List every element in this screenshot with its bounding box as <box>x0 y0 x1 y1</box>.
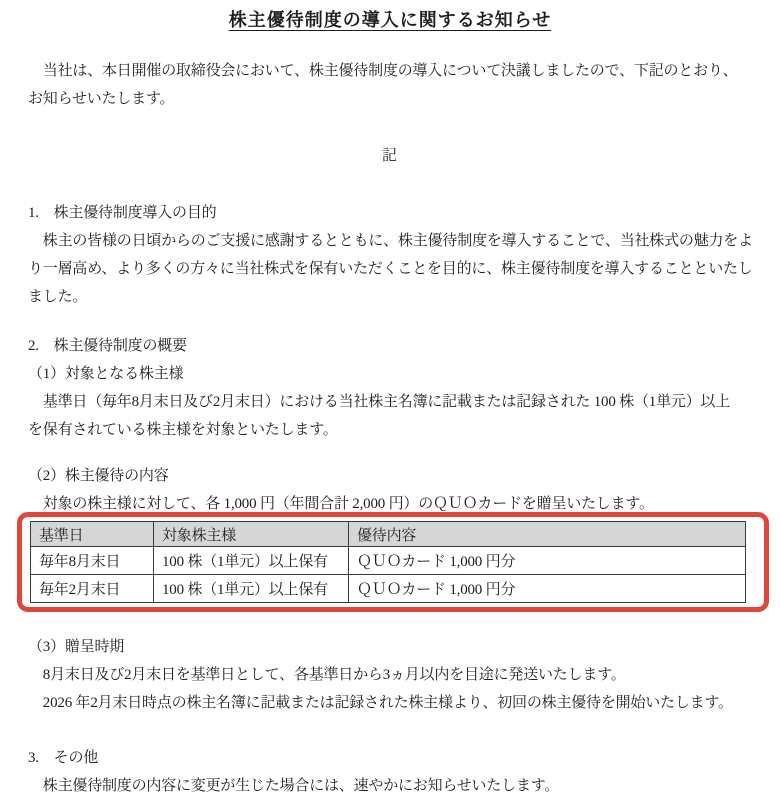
text-line: を保有されている株主様を対象といたします。 <box>28 416 752 444</box>
table-row: 毎年2月末日 100 株（1単元）以上保有 ＱＵＯカード 1,000 円分 <box>31 575 746 603</box>
record-mark: 記 <box>28 142 752 170</box>
subsection-benefit-detail: （2）株主優待の内容 対象の株主様に対して、各 1,000 円（年間合計 2,0… <box>28 462 752 518</box>
text-line: 8月末日及び2月末日を基準日として、各基準日から3ヵ月以内を目途に発送いたします… <box>28 661 752 689</box>
col-header-record-date: 基準日 <box>31 522 154 547</box>
subsection-1-heading: （1）対象となる株主様 <box>28 360 752 388</box>
subsection-delivery-timing: （3）贈呈時期 8月末日及び2月末日を基準日として、各基準日から3ヵ月以内を目途… <box>28 633 752 717</box>
subsection-2-heading: （2）株主優待の内容 <box>28 462 752 490</box>
section-other: 3. その他 株主優待制度の内容に変更が生じた場合には、速やかにお知らせいたしま… <box>28 744 752 797</box>
cell-eligible-shareholders: 100 株（1単元）以上保有 <box>154 547 349 575</box>
cell-record-date: 毎年8月末日 <box>31 547 154 575</box>
section-1-heading: 1. 株主優待制度導入の目的 <box>28 199 752 227</box>
cell-benefit-content: ＱＵＯカード 1,000 円分 <box>349 575 746 603</box>
text-line: お知らせいたします。 <box>28 85 752 113</box>
cell-benefit-content: ＱＵＯカード 1,000 円分 <box>349 547 746 575</box>
table-header-row: 基準日 対象株主様 優待内容 <box>31 522 746 547</box>
benefit-table: 基準日 対象株主様 優待内容 毎年8月末日 100 株（1単元）以上保有 ＱＵＯ… <box>30 521 746 603</box>
text-line: 株主の皆様の日頃からのご支援に感謝するとともに、株主優待制度を導入することで、当… <box>28 227 752 255</box>
section-purpose: 1. 株主優待制度導入の目的 株主の皆様の日頃からのご支援に感謝するとともに、株… <box>28 199 752 311</box>
text-line: 株主優待制度の内容に変更が生じた場合には、速やかにお知らせいたします。 <box>28 772 752 797</box>
col-header-eligible-shareholders: 対象株主様 <box>154 522 349 547</box>
text-line: ました。 <box>28 283 752 311</box>
text-line: 対象の株主様に対して、各 1,000 円（年間合計 2,000 円）のＱＵＯカー… <box>28 490 752 518</box>
text-line: 基準日（毎年8月末日及び2月末日）における当社株主名簿に記載または記録された 1… <box>28 388 752 416</box>
text-line: り一層高め、より多くの方々に当社株式を保有いただくことを目的に、株主優待制度を導… <box>28 255 752 283</box>
section-3-heading: 3. その他 <box>28 744 752 772</box>
col-header-benefit-content: 優待内容 <box>349 522 746 547</box>
cell-eligible-shareholders: 100 株（1単元）以上保有 <box>154 575 349 603</box>
document-title: 株主優待制度の導入に関するお知らせ <box>28 8 752 32</box>
section-2-heading: 2. 株主優待制度の概要 <box>28 332 752 360</box>
subsection-3-heading: （3）贈呈時期 <box>28 633 752 661</box>
cell-record-date: 毎年2月末日 <box>31 575 154 603</box>
text-line: 2026 年2月末日時点の株主名簿に記載または記録された株主様より、初回の株主優… <box>28 689 752 717</box>
section-overview: 2. 株主優待制度の概要 （1）対象となる株主様 基準日（毎年8月末日及び2月末… <box>28 332 752 444</box>
highlight-box: 基準日 対象株主様 優待内容 毎年8月末日 100 株（1単元）以上保有 ＱＵＯ… <box>17 512 769 612</box>
text-line: 当社は、本日開催の取締役会において、株主優待制度の導入について決議しましたので、… <box>28 57 752 85</box>
table-row: 毎年8月末日 100 株（1単元）以上保有 ＱＵＯカード 1,000 円分 <box>31 547 746 575</box>
document-page: 株主優待制度の導入に関するお知らせ 当社は、本日開催の取締役会において、株主優待… <box>0 0 780 797</box>
intro-paragraph: 当社は、本日開催の取締役会において、株主優待制度の導入について決議しましたので、… <box>28 57 752 113</box>
